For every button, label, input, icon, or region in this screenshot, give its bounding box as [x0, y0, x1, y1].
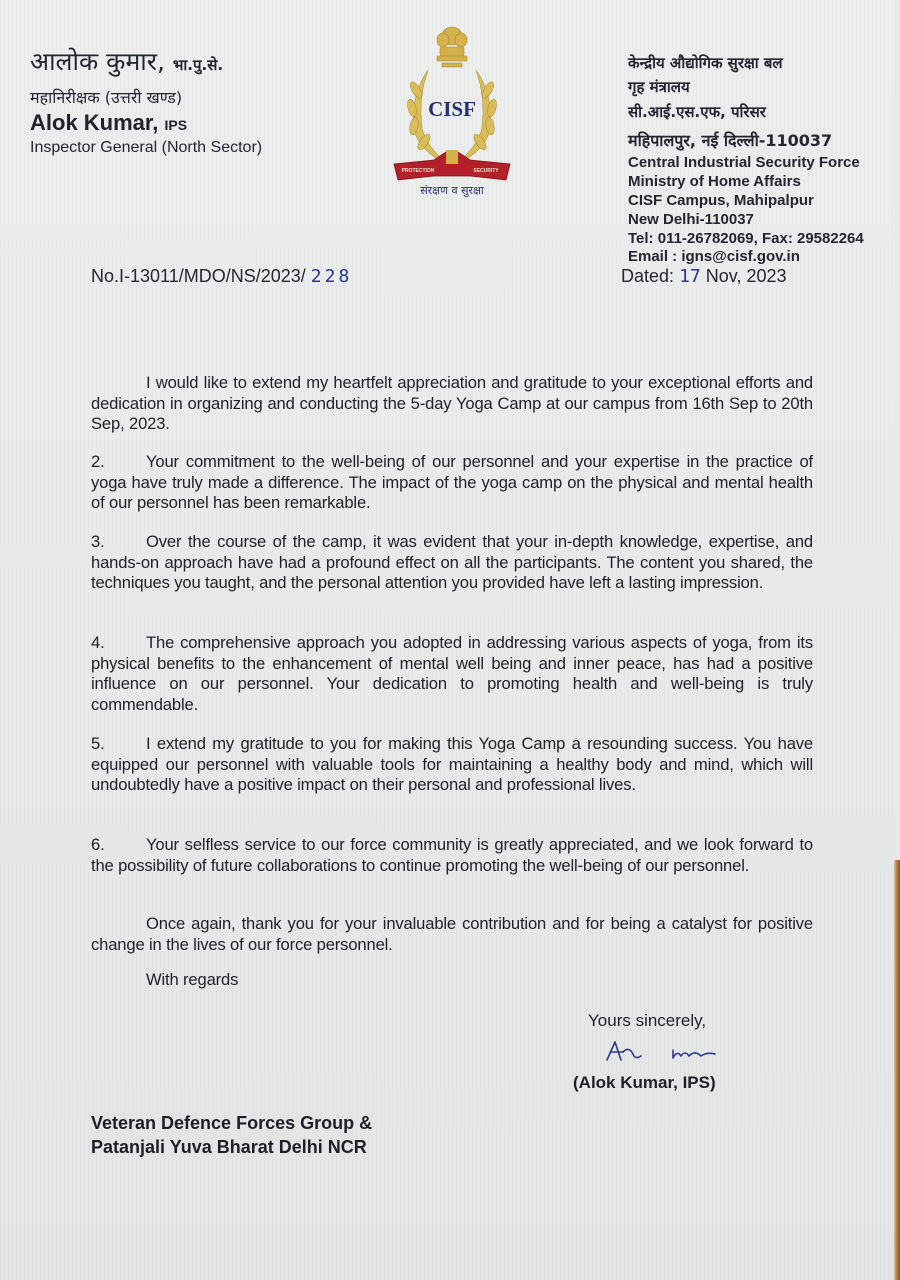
paragraph-4: 4.The comprehensive approach you adopted…: [91, 633, 813, 715]
officer-title-english: Inspector General (North Sector): [30, 139, 262, 157]
org-name-hindi: केन्द्रीय औद्योगिक सुरक्षा बल: [628, 53, 783, 73]
email-address: Email : igns@cisf.gov.in: [628, 248, 800, 265]
campus-hindi: सी.आई.एस.एफ, परिसर: [628, 102, 766, 122]
paragraph-text: Your selfless service to our force commu…: [91, 835, 813, 875]
campus-english: CISF Campus, Mahipalpur: [628, 192, 814, 209]
svg-text:SECURITY: SECURITY: [473, 168, 499, 174]
table-edge: [894, 860, 900, 1280]
svg-text:संरक्षण व सुरक्षा: संरक्षण व सुरक्षा: [420, 184, 484, 197]
officer-title-hindi: महानिरीक्षक (उत्तरी खण्ड): [30, 86, 182, 108]
paragraph-text: Over the course of the camp, it was evid…: [91, 532, 813, 592]
officer-name-english-text: Alok Kumar,: [30, 110, 158, 135]
signature-icon: [603, 1036, 733, 1066]
paragraph-2: 2.Your commitment to the well-being of o…: [91, 452, 813, 514]
regards: With regards: [91, 970, 813, 991]
svg-text:PROTECTION: PROTECTION: [402, 168, 435, 174]
officer-name-hindi: आलोक कुमार, भा.पु.से.: [30, 44, 223, 78]
reference-number: No.I-13011/MDO/NS/2023/ 228: [91, 266, 352, 287]
cisf-emblem-icon: CISF PROTECTION SECURITY संरक्षण व सुरक्…: [388, 18, 516, 198]
addressee: Veteran Defence Forces Group & Patanjali…: [91, 1111, 372, 1159]
dated-month-year: Nov, 2023: [706, 266, 787, 286]
letter-page: आलोक कुमार, भा.पु.से. महानिरीक्षक (उत्तर…: [0, 0, 895, 1280]
paragraph-text: I extend my gratitude to you for making …: [91, 734, 813, 794]
paragraph-3: 3.Over the course of the camp, it was ev…: [91, 532, 813, 594]
org-name-english: Central Industrial Security Force: [628, 154, 860, 171]
paragraph-number: 4.: [91, 633, 146, 654]
dated-day-handwritten: 17: [679, 266, 701, 287]
paragraph-number: 5.: [91, 734, 146, 755]
ministry-english: Ministry of Home Affairs: [628, 173, 801, 190]
paragraph-text: The comprehensive approach you adopted i…: [91, 633, 813, 714]
paragraph-text: Your commitment to the well-being of our…: [91, 452, 813, 512]
paragraph-1: I would like to extend my heartfelt appr…: [91, 373, 813, 435]
reference-handwritten-number: 228: [311, 266, 353, 287]
letter-date: Dated: 17 Nov, 2023: [621, 266, 786, 287]
service-suffix-english: IPS: [165, 117, 188, 133]
officer-name-english: Alok Kumar, IPS: [30, 110, 187, 136]
yours-sincerely: Yours sincerely,: [588, 1011, 706, 1031]
officer-name-hindi-text: आलोक कुमार,: [30, 47, 165, 76]
signatory-name: (Alok Kumar, IPS): [573, 1073, 716, 1093]
paragraph-number: 6.: [91, 835, 146, 856]
paragraph-number: 3.: [91, 532, 146, 553]
phone-fax: Tel: 011-26782069, Fax: 29582264: [628, 230, 864, 247]
address-hindi: महिपालपुर, नई दिल्ली-110037: [628, 129, 832, 151]
city-english: New Delhi-110037: [628, 211, 754, 228]
paragraph-6: 6.Your selfless service to our force com…: [91, 835, 813, 876]
addressee-line-1: Veteran Defence Forces Group &: [91, 1111, 372, 1135]
dated-label: Dated:: [621, 266, 674, 286]
service-suffix-hindi: भा.पु.से.: [173, 56, 223, 74]
addressee-line-2: Patanjali Yuva Bharat Delhi NCR: [91, 1135, 372, 1159]
paragraph-closing: Once again, thank you for your invaluabl…: [91, 914, 813, 955]
logo-text: CISF: [428, 97, 476, 121]
paragraph-number: 2.: [91, 452, 146, 473]
reference-prefix: No.I-13011/MDO/NS/2023/: [91, 266, 306, 286]
ministry-hindi: गृह मंत्रालय: [628, 77, 690, 97]
paragraph-5: 5.I extend my gratitude to you for makin…: [91, 734, 813, 796]
